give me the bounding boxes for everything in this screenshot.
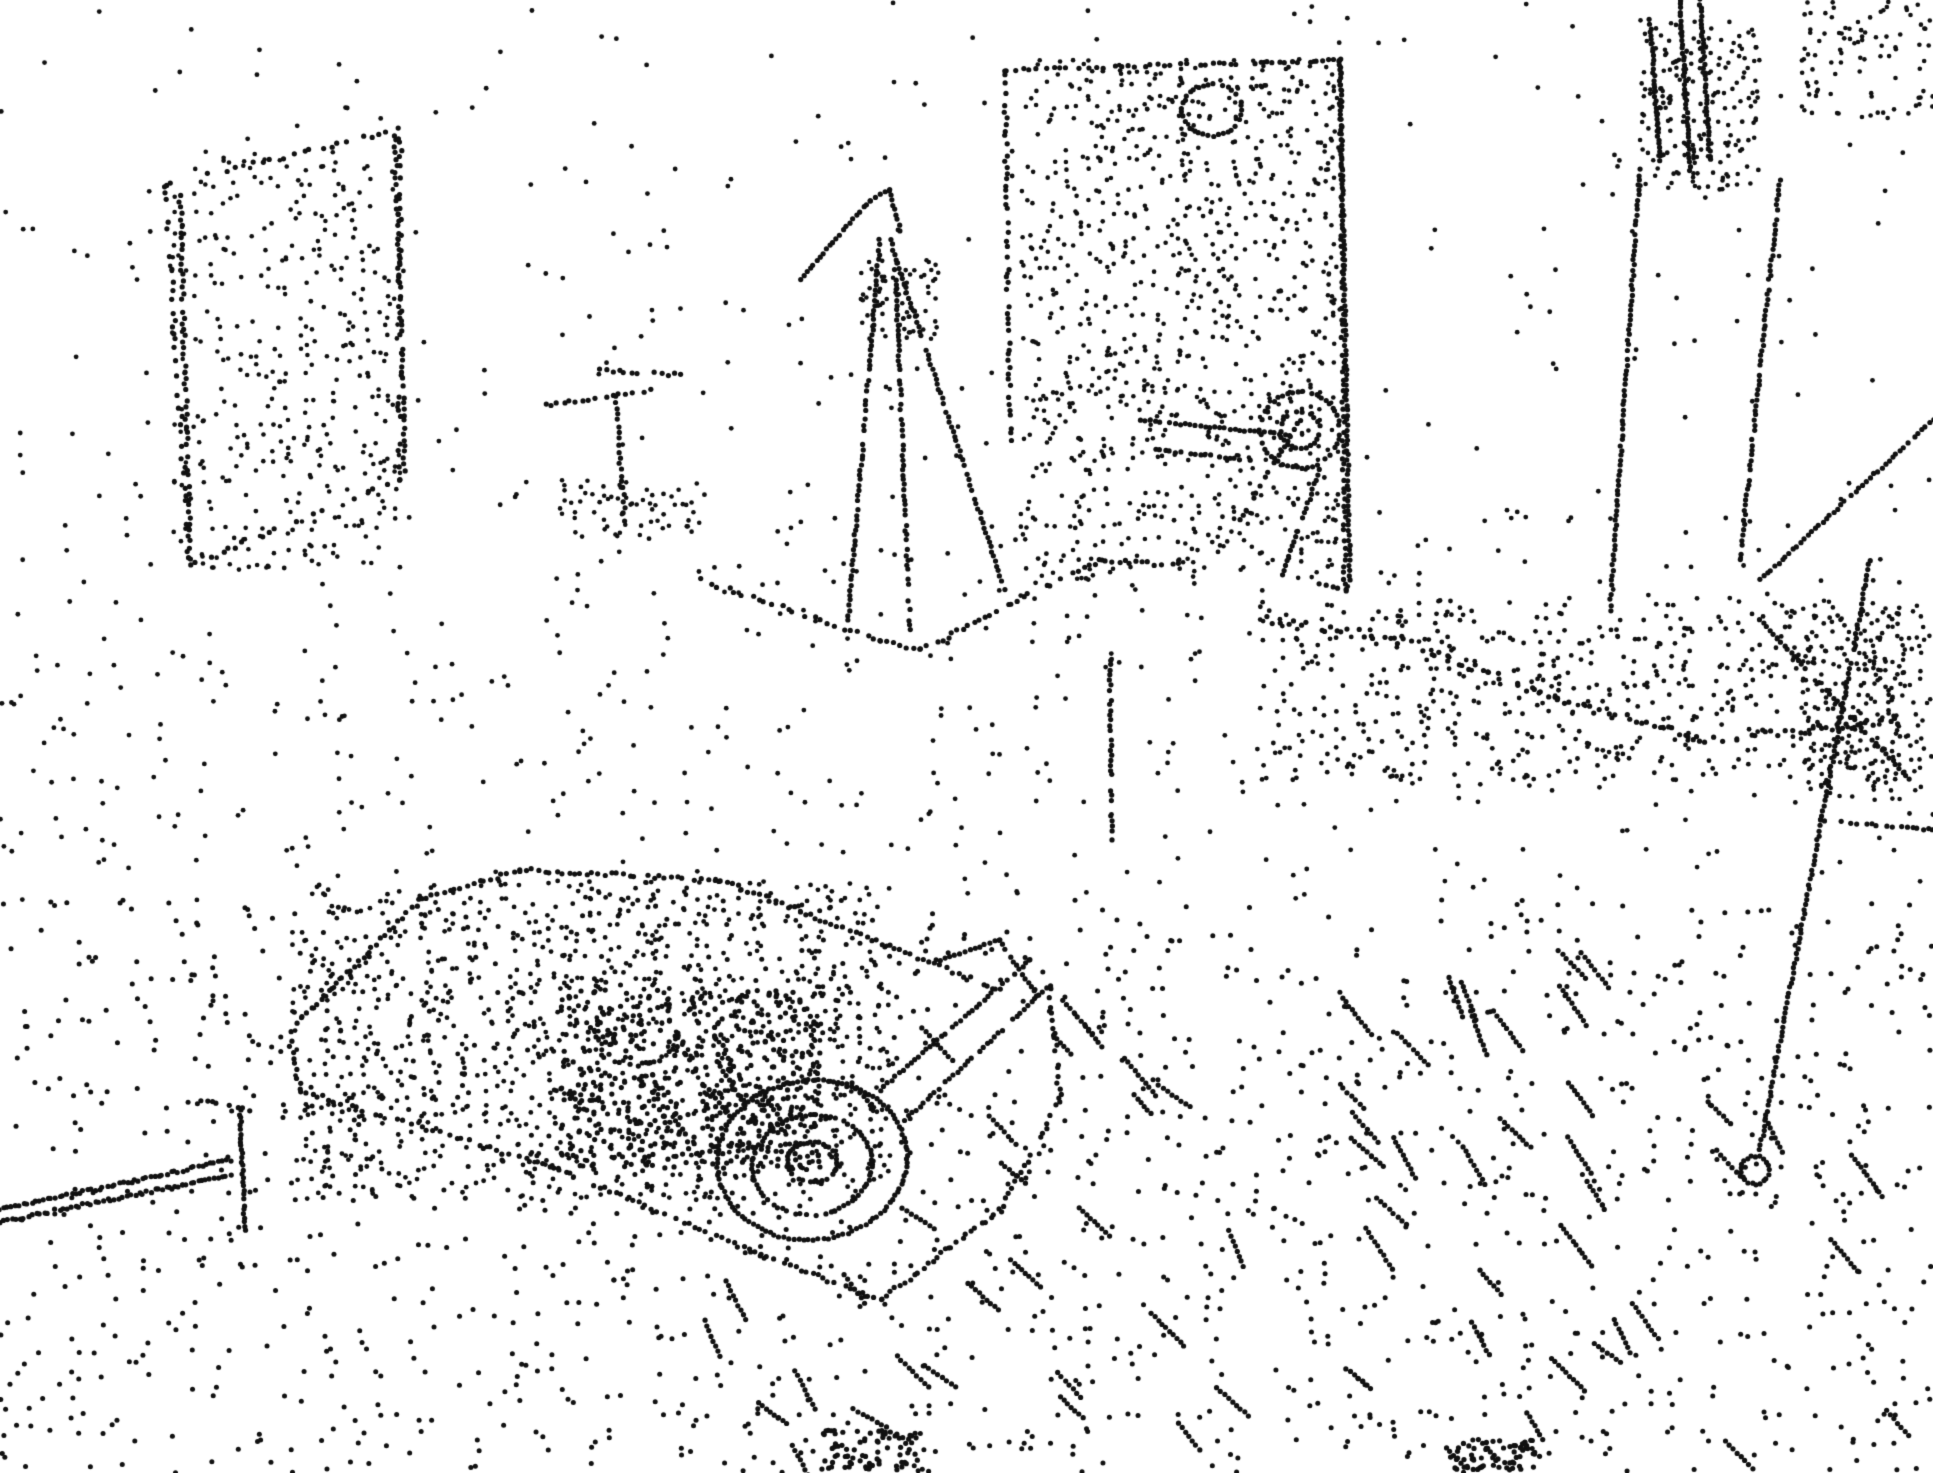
event-point-cloud-canvas [0, 0, 1933, 1473]
